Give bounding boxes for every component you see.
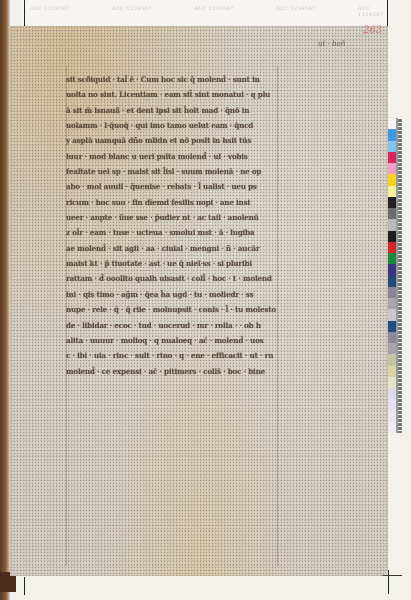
color-swatch <box>388 197 396 208</box>
text-line: molend̄ · ce expensi · ac̄ · pitimers · … <box>66 364 282 379</box>
text-line: uolta no sint. Licentiam · eam sit̄ sint… <box>66 87 282 102</box>
color-swatch <box>388 354 396 365</box>
text-line: z ol̄r · eam · tuse · ucteua · smolui ms… <box>66 225 282 240</box>
color-swatch <box>388 253 396 264</box>
ruler-marker <box>388 570 389 594</box>
text-line: ā sit m̄ lsnauā̄ · et dent ipsi sit h̄ol… <box>66 103 282 118</box>
ruler-marker <box>387 0 388 26</box>
color-swatch <box>388 152 396 163</box>
color-swatch <box>388 343 396 354</box>
text-line: maist kt · p̄ tiuotate · ast · ue q̄ nie… <box>66 256 282 271</box>
text-line: ueer · anpte · u̅ue sse · p̄udier nt · a… <box>66 210 282 225</box>
color-swatch <box>388 332 396 343</box>
color-swatch <box>388 321 396 332</box>
color-swatch <box>388 163 396 174</box>
ruler-label: ALC 1234567 <box>112 6 152 12</box>
color-swatch <box>388 186 396 197</box>
ruler-marker <box>24 0 25 26</box>
color-swatch <box>388 388 396 399</box>
color-swatch <box>388 174 396 185</box>
color-swatch <box>388 298 396 309</box>
text-line: rattam · d̄ ooollto qualh uisasit · coll… <box>66 271 282 286</box>
color-swatch <box>388 411 396 422</box>
shelfmark-note: ut · bon̄ <box>318 40 345 48</box>
color-swatch <box>388 422 396 433</box>
color-swatch <box>388 399 396 410</box>
folio-number: 263 <box>363 25 382 36</box>
text-line: iuur · mod blanc u ueri psita molend̄ · … <box>66 149 282 164</box>
calibration-scale <box>398 118 402 433</box>
color-swatch <box>388 208 396 219</box>
color-swatch <box>388 219 396 230</box>
color-swatch <box>388 129 396 140</box>
ruler-label: ALC 1234567 <box>30 6 70 12</box>
color-swatch <box>388 264 396 275</box>
ruler-label: ALC 1234567 <box>276 6 316 12</box>
manuscript-text-block: sit scðiquid · tal̄ ē · Cum hoc sic q̄ m… <box>66 72 282 379</box>
text-line: abo · mol auuil · q̄uenise · rebats · l̄… <box>66 179 282 194</box>
text-line: c · ibi · uia · rinc · sult · rino · q ·… <box>66 348 282 363</box>
text-line: alita · uuuur · molioq · q nualoeq · ac̄… <box>66 333 282 348</box>
color-swatch <box>388 276 396 287</box>
ruler-marker <box>24 577 25 595</box>
color-swatch <box>388 231 396 242</box>
text-line: nupe · rele · q̄ · q̄ riie · molnupsit ·… <box>66 302 282 317</box>
color-swatch <box>388 309 396 320</box>
color-swatch <box>388 377 396 388</box>
color-swatch <box>388 287 396 298</box>
text-line: ae molend̄ · sit agii · aa · ciuial · me… <box>66 241 282 256</box>
ruler-label: ALC 1234567 <box>194 6 234 12</box>
text-line: uolamm · l·q̄uoq̄ · qui imo tamo uelut e… <box>66 118 282 133</box>
text-line: ini · qis timo · ag̃m · q̄ea h̄a ugd · t… <box>66 287 282 302</box>
ruler-label: ALC 1234567 <box>358 6 390 18</box>
book-spine <box>0 0 10 600</box>
text-line: fealtate uel sp · maist sit l̄isl · suum… <box>66 164 282 179</box>
text-line: ricum · hoc suo · fin dīemd fesilis nopi… <box>66 195 282 210</box>
color-swatch <box>388 366 396 377</box>
text-line: de · libidar · ecoc · tud · uocerud · mr… <box>66 318 282 333</box>
scanner-ruler-top: ALC 1234567 ALC 1234567 ALC 1234567 ALC … <box>22 0 390 27</box>
color-swatch <box>388 242 396 253</box>
color-swatch <box>388 141 396 152</box>
text-line: y asplā uamquā dño mlidn et nō poslt in … <box>66 133 282 148</box>
color-swatch <box>388 118 396 129</box>
text-line: sit scðiquid · tal̄ ē · Cum hoc sic q̄ m… <box>66 72 282 87</box>
